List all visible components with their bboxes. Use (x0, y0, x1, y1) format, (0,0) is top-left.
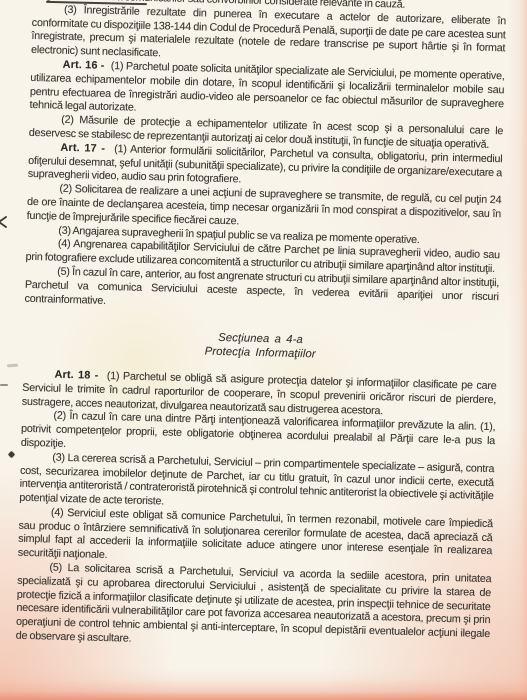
scan-artifact-smudge (7, 364, 18, 368)
article-number: Art. 17 - (60, 141, 114, 154)
article-number: Art. 18 - (54, 369, 107, 382)
document-page: asigura transcrierea comunicărilor sau c… (0, 0, 527, 700)
scan-artifact-dash (0, 384, 8, 386)
document-text: asigura transcrierea comunicărilor sau c… (16, 0, 507, 656)
para-art18-5: (5) La solicitarea scrisă a Parchetului,… (16, 561, 492, 656)
scan-artifact-chevron-mark (0, 216, 7, 228)
article-number: Art. 16 - (63, 59, 111, 72)
scan-artifact-asterisk (8, 451, 15, 458)
